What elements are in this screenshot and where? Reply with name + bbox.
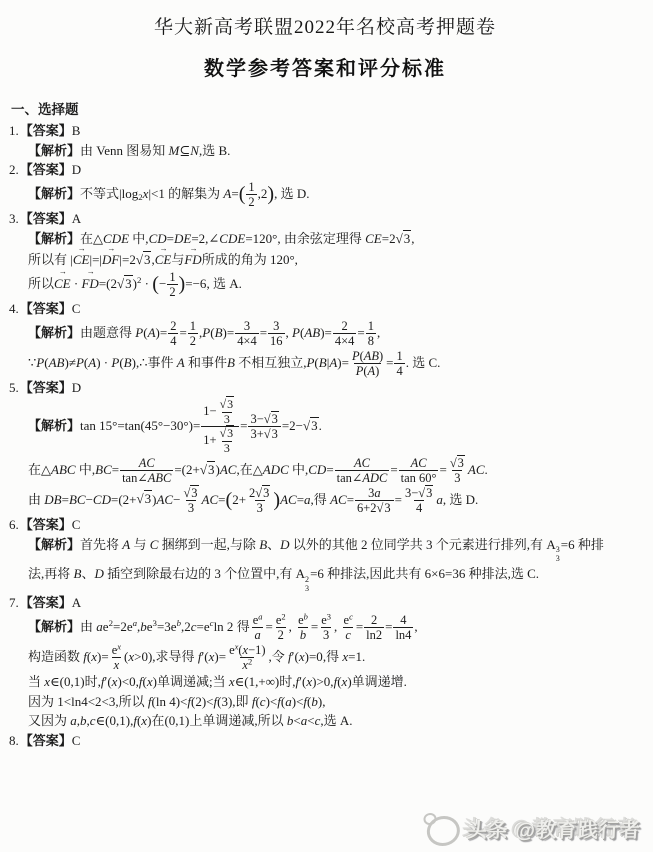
fraction-denominator: b (298, 627, 308, 642)
fraction: 1−331+33 (201, 398, 239, 456)
text: ,得 (311, 491, 331, 506)
sqrt-radical: 3 (255, 485, 270, 500)
text: 所成的角为 (202, 252, 270, 267)
fraction-denominator: 1+33 (201, 426, 239, 456)
math-variable: b (300, 628, 306, 642)
fraction-numerator: 3 (448, 456, 467, 470)
fraction: 233 (247, 486, 272, 516)
superscript: 3 (327, 611, 331, 621)
text: 时, (279, 674, 295, 689)
math-expression: M (169, 143, 180, 158)
fraction-numerator: e3 (319, 613, 333, 627)
math-variable: f (198, 648, 202, 663)
math-roman: 2 (248, 195, 254, 209)
math-roman: − (173, 491, 180, 506)
text: 时, (85, 674, 101, 689)
math-expression: ABC (148, 471, 172, 485)
math-variable: D (174, 231, 183, 246)
math-variable: D (317, 462, 326, 477)
math-expression: f(x) (133, 713, 151, 728)
solution-line: 所以CE · FD=(23)2 · (−12)=−6, 选 A. (9, 270, 641, 300)
text: 又因为 (28, 713, 70, 728)
fraction-numerator: 3 (218, 398, 237, 412)
sqrt-radical: 3 (377, 500, 392, 515)
fraction-numerator: AC (352, 456, 372, 470)
math-variable: f (277, 694, 281, 709)
math-variable: c (349, 611, 353, 621)
fraction-denominator: 3 (452, 470, 462, 485)
math-roman: =2e (113, 619, 133, 634)
fraction-denominator: 3+3 (248, 426, 280, 441)
math-roman: 16 (270, 334, 282, 348)
text: ,选 (199, 143, 219, 158)
math-roman: tan∠ (122, 471, 148, 485)
text: 单调递增. (352, 674, 407, 689)
math-variable: A (468, 462, 476, 477)
math-expression: AC (156, 491, 173, 506)
math-variable: x (141, 713, 147, 728)
math-variable: D (280, 537, 289, 552)
fraction-numerator: 4 (398, 613, 408, 627)
math-roman: 3 (224, 412, 230, 426)
math-roman: A (546, 537, 555, 552)
math-roman: 3 (244, 319, 250, 333)
answer-line: 3.【答案】A (9, 209, 641, 229)
math-expression: f′(x) (101, 674, 122, 689)
math-roman: ,∴ (136, 354, 148, 369)
fraction: ACtan 60° (399, 456, 439, 486)
fraction: ecc (342, 613, 355, 643)
math-roman: 3 (227, 426, 233, 440)
superscript: c (349, 611, 353, 621)
fraction-denominator: tan∠ABC (120, 470, 173, 485)
fraction: 4ln4 (393, 613, 413, 643)
math-variable: a (374, 486, 380, 500)
fraction: 316 (268, 319, 284, 349)
math-roman: 2 (169, 285, 175, 299)
text: 构造函数 (28, 648, 83, 663)
math-variable: C (149, 231, 158, 246)
math-expression: AC (139, 456, 155, 470)
text: 种排法,因此共有 (324, 566, 425, 581)
math-roman: C. (527, 566, 539, 581)
math-expression: N (190, 143, 199, 158)
fraction: 14 (394, 349, 404, 379)
text: ,所以 (115, 694, 148, 709)
math-roman: ln2 (366, 628, 382, 642)
math-expression: P(B|A)= (306, 354, 348, 369)
math-roman: = (439, 462, 446, 477)
math-roman: 3 (263, 486, 269, 500)
sqrt-radical: 3 (183, 485, 198, 500)
math-variable: P (76, 354, 84, 369)
page-title: 华大新高考联盟2022年名校高考押题卷 (9, 12, 641, 39)
math-roman: 6+2 (357, 501, 377, 515)
fraction: 33 (218, 398, 237, 427)
math-roman: ln4 (395, 628, 411, 642)
math-variable: A (280, 491, 288, 506)
math-roman: 4 (416, 501, 422, 515)
math-expression: f′(x)= (198, 648, 226, 663)
answer-line: 5.【答案】D (9, 378, 641, 398)
math-roman: 6×6=36 (425, 566, 466, 581)
math-variable: x (306, 674, 312, 689)
text: 中, (76, 462, 96, 477)
text: ,即 (232, 694, 252, 709)
math-variable: a (285, 694, 292, 709)
math-roman: · (141, 276, 152, 291)
radicand: 3 (190, 485, 198, 500)
math-variable: x (117, 641, 121, 651)
math-variable: a (301, 713, 308, 728)
math-variable: f (252, 694, 256, 709)
math-roman: △ (93, 231, 103, 246)
math-expression: f(c) (252, 694, 270, 709)
text: 由 (80, 143, 96, 158)
fraction-denominator: 4×4 (235, 333, 259, 348)
math-expression: AC (202, 491, 219, 506)
text: 在 (151, 713, 164, 728)
math-roman: 2 (248, 656, 252, 666)
sqrt-radical: 3 (418, 485, 433, 500)
math-variable: B (155, 471, 163, 485)
math-roman: B. (218, 143, 230, 158)
vector: FD (184, 250, 201, 270)
sqrt-radical: 3 (396, 230, 412, 246)
text: 首先将 (80, 537, 122, 552)
math-variable: A (354, 456, 362, 470)
math-roman: =(2+ (111, 491, 137, 506)
bold-label: 【解析】 (28, 143, 80, 158)
fraction-numerator: eb (296, 613, 310, 627)
radicand: 3 (425, 485, 433, 500)
math-variable: C (365, 231, 374, 246)
math-roman: D (72, 380, 81, 395)
math-expression: P(A)= (135, 325, 167, 340)
math-variable: f (288, 648, 292, 663)
math-expression: B (259, 537, 267, 552)
math-roman: 2 (170, 319, 176, 333)
math-roman: . (485, 462, 488, 477)
big-paren: ( (152, 273, 159, 295)
math-variable: a (258, 611, 262, 621)
math-roman: =6 (561, 537, 575, 552)
vector: FD (81, 274, 98, 294)
math-roman: 3 (257, 501, 263, 515)
text: 种排 (575, 537, 604, 552)
math-roman: , (411, 231, 414, 246)
vector: CE (155, 250, 172, 270)
fraction: exx (110, 643, 123, 673)
math-variable: M (169, 143, 180, 158)
math-variable: C (164, 491, 173, 506)
math-variable: P (135, 325, 143, 340)
fraction-denominator: 4×4 (333, 333, 357, 348)
sqrt-radical: 3 (117, 275, 133, 291)
math-roman: >0) (134, 648, 152, 663)
math-roman: , (377, 325, 380, 340)
bold-label: 【解析】 (28, 619, 80, 634)
radicand: 3 (271, 411, 279, 426)
math-expression: x (117, 641, 121, 651)
math-roman: (3) (217, 694, 232, 709)
solution-line: 由 DB=BC−CD=(2+3)AC−33AC=(2+233)AC=a,得 AC… (9, 486, 641, 516)
math-variable: B (57, 354, 65, 369)
math-variable: A (329, 354, 337, 369)
math-roman: = (179, 325, 186, 340)
watermark-panda-bubble-logo (422, 813, 460, 844)
math-expression: f(x) (139, 674, 157, 689)
math-variable: a (70, 713, 77, 728)
math-roman: =2 (382, 231, 396, 246)
vector: CE (54, 274, 71, 294)
math-variable: x (114, 658, 120, 672)
math-roman: 3− (405, 486, 418, 500)
fraction-denominator: 3 (222, 441, 232, 456)
sqrt-radical: 3 (200, 461, 216, 477)
math-roman: 3+ (250, 427, 263, 441)
question-number: 7. (9, 595, 19, 610)
math-roman: 3 (224, 441, 230, 455)
fraction-denominator: tan 60° (399, 470, 439, 485)
math-roman: , (414, 619, 417, 634)
math-roman: 1+ (203, 433, 216, 447)
math-variable: x (91, 648, 97, 663)
answer-line: 7.【答案】A (9, 593, 641, 613)
math-roman: 3 (145, 491, 152, 506)
radicand: 3 (271, 426, 279, 441)
sup-sub-stack: 33 (556, 546, 560, 564)
math-variable: C (288, 491, 297, 506)
superscript: a (258, 611, 262, 621)
math-variable: x (342, 674, 348, 689)
math-variable: B (371, 349, 379, 363)
math-roman: 1 (169, 270, 175, 284)
math-roman: =0 (309, 648, 323, 663)
math-roman: 3 (191, 486, 197, 500)
math-variable: A (330, 491, 338, 506)
math-roman: = (385, 619, 392, 634)
fraction-numerator: 23 (247, 486, 272, 500)
math-variable: C (146, 456, 154, 470)
math-variable: f (303, 694, 307, 709)
math-expression: D (280, 537, 289, 552)
math-roman: 4 (400, 613, 406, 627)
document-page: 华大新高考联盟2022年名校高考押题卷 数学参考答案和评分标准 一、选择题 1.… (0, 0, 653, 852)
fraction: ebb (296, 613, 310, 643)
math-roman: =e (197, 619, 210, 634)
math-expression: x (114, 658, 120, 672)
math-roman: =−6 (185, 276, 206, 291)
solution-line: 因为 1<ln4<2<3,所以 f(ln 4)<f(2)<f(3),即 f(c)… (9, 692, 641, 712)
text: ,求导得 (152, 648, 198, 663)
fraction-numerator: 2 (340, 319, 350, 333)
fraction-denominator: a (252, 627, 262, 642)
answer-line: 1.【答案】B (9, 121, 641, 141)
answer-line: 6.【答案】C (9, 515, 641, 535)
fraction-denominator: 2 (246, 194, 256, 209)
math-roman: 2 (190, 334, 196, 348)
fraction-denominator: c (343, 627, 353, 642)
bold-label: 【解析】 (28, 418, 80, 433)
math-variable: D (44, 491, 53, 506)
solution-line: 【解析】tan 15°=tan(45°−30°)=1−331+33=3−33+3… (9, 398, 641, 456)
math-expression: ,2c (181, 619, 197, 634)
bold-label: 【答案】 (20, 211, 72, 226)
fraction: 3−34 (403, 486, 435, 516)
radicand: 3 (262, 485, 270, 500)
math-variable: D (102, 491, 111, 506)
math-expression: AC (330, 491, 347, 506)
math-expression: (x (124, 648, 134, 663)
math-roman: 3 (125, 276, 132, 291)
math-variable: D (370, 471, 379, 485)
text: 、 (81, 566, 94, 581)
text: , 选 (274, 185, 297, 200)
math-expression: ,b (137, 619, 147, 634)
text: 法,再将 (28, 566, 74, 581)
fraction-numerator: e2 (274, 613, 288, 627)
superscript: x (117, 641, 121, 651)
text: 与 (130, 537, 150, 552)
radicand: 3 (457, 455, 465, 470)
math-expression: , P(AB)= (286, 325, 332, 340)
fraction-numerator: AC (137, 456, 157, 470)
solution-line: 【解析】在△CDE 中,CD=DE=2,∠CDE=120°, 由余弦定理得 CE… (9, 229, 641, 249)
fraction-denominator: tan∠ADC (335, 470, 390, 485)
answers-content: 1.【答案】B【解析】由 Venn 图易知 M⊆N,选 B.2.【答案】D【解析… (9, 121, 641, 750)
math-roman: =2− (282, 418, 303, 433)
fraction-denominator: ln4 (393, 627, 413, 642)
math-expression: b (300, 628, 306, 642)
fraction-denominator: ln2 (364, 627, 384, 642)
fraction-numerator: ex(x−1) (227, 643, 267, 657)
math-roman: = (356, 619, 363, 634)
math-roman: (0,1) (164, 713, 189, 728)
radicand: 3 (403, 230, 412, 246)
sqrt-radical: 3 (136, 490, 152, 506)
fraction: P(AB)P(A) (350, 349, 385, 379)
fraction: e22 (274, 613, 288, 643)
fraction-numerator: 1−33 (201, 398, 239, 427)
watermark-text: 头条 @教育践行者 (466, 814, 642, 843)
math-variable: C (379, 471, 387, 485)
math-roman: 3− (250, 412, 263, 426)
math-roman: 3 (273, 319, 279, 333)
math-roman: = (260, 325, 267, 340)
math-expression: (x (238, 643, 248, 657)
stack-subscript: 3 (305, 585, 309, 594)
math-variable: P (111, 354, 119, 369)
math-variable: B (69, 491, 77, 506)
text: . 选 (406, 354, 429, 369)
math-roman: − (159, 276, 166, 291)
math-expression: ADC (263, 462, 289, 477)
math-variable: B (312, 325, 320, 340)
math-variable: b (304, 611, 308, 621)
fraction-numerator: 3 (271, 319, 281, 333)
text: 和事件 (185, 354, 227, 369)
math-roman: (2)< (191, 694, 214, 709)
fraction: 33 (448, 456, 467, 486)
math-variable: B (215, 325, 223, 340)
math-expression: b (304, 611, 308, 621)
answer-line: 2.【答案】D (9, 160, 641, 180)
math-expression: AC (468, 462, 485, 477)
question-number: 8. (9, 733, 19, 748)
math-roman: =3e (157, 619, 177, 634)
fraction: 12 (167, 270, 177, 300)
math-variable: P (352, 349, 360, 363)
fraction-denominator: 3 (222, 412, 232, 427)
fraction-numerator: 3−3 (248, 412, 280, 426)
math-expression: c (349, 611, 353, 621)
math-variable: f (133, 713, 137, 728)
fraction: ACtan∠ADC (335, 456, 390, 486)
sqrt-radical: 3 (264, 411, 279, 426)
math-roman: tan 60° (401, 471, 437, 485)
math-roman: 1− (203, 404, 216, 418)
math-roman: 3 (458, 456, 464, 470)
fraction-numerator: ex (110, 643, 123, 657)
math-roman: 3 (426, 486, 432, 500)
math-variable: A (148, 325, 156, 340)
bold-label: 【答案】 (20, 380, 72, 395)
bold-label: 【答案】 (20, 517, 72, 532)
answer-line: 8.【答案】C (9, 731, 641, 751)
text: 所以 (28, 276, 54, 291)
fraction-denominator: 2 (276, 627, 286, 642)
radicand: 3 (144, 490, 153, 506)
fraction-denominator: x (112, 657, 122, 672)
solution-line: 又因为 a,b,c∈(0,1),f(x)在(0,1)上单调递减,所以 b<a<c… (9, 711, 641, 731)
text: ,选 (320, 713, 340, 728)
fraction-numerator: ec (342, 613, 355, 627)
math-variable: x (299, 648, 305, 663)
math-roman: 4 (170, 334, 176, 348)
math-roman: = (265, 619, 272, 634)
math-variable: f (296, 674, 300, 689)
solution-line: 法,再将 B、D 插空到除最右边的 3 个位置中,有 A23=6 种排法,因此共… (9, 564, 641, 593)
math-roman: = (240, 418, 247, 433)
math-roman: ∈(1,+∞) (235, 674, 280, 689)
watermark-logo-big-circle (426, 816, 461, 846)
math-roman: 2 (278, 628, 284, 642)
text: 在 (28, 462, 41, 477)
fraction-numerator: 1 (167, 270, 177, 284)
math-variable: A (220, 462, 228, 477)
bold-label: 【答案】 (20, 595, 72, 610)
math-roman: D (72, 162, 81, 177)
fraction-denominator: 6+23 (355, 500, 394, 515)
text: 的解集为 (165, 185, 224, 200)
fraction-numerator: 1 (394, 349, 404, 363)
bold-label: 【解析】 (28, 185, 80, 200)
math-expression: D (94, 566, 103, 581)
math-roman: C (72, 301, 81, 316)
math-roman: A (72, 595, 81, 610)
text: 与 (171, 252, 184, 267)
math-variable: C (77, 491, 86, 506)
stack-subscript: 3 (556, 555, 560, 564)
bold-label: 【答案】 (20, 162, 72, 177)
question-number: 2. (9, 162, 19, 177)
math-variable: P (356, 364, 364, 378)
math-roman: 1 (396, 349, 402, 363)
fraction-numerator: 3a (366, 486, 382, 500)
text: 插空到除最右边的 3 个位置中,有 (104, 566, 296, 581)
superscript: b (304, 611, 308, 621)
